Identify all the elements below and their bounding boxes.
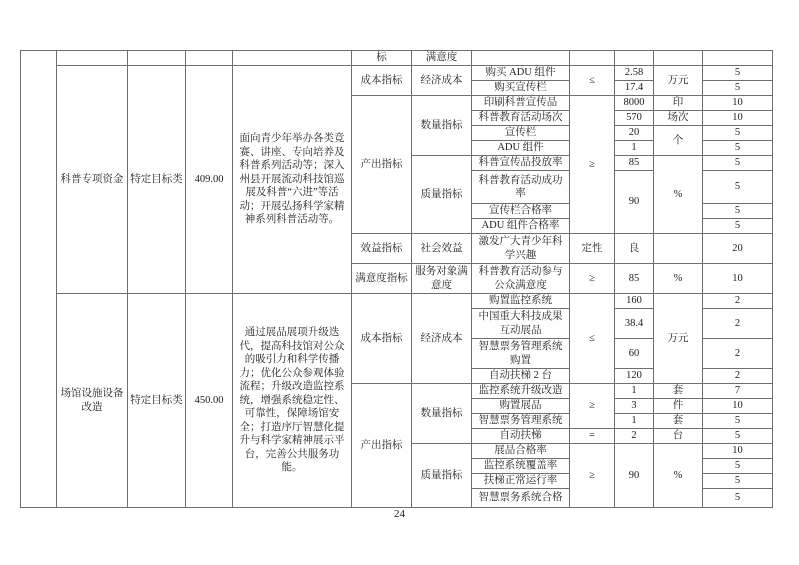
unit-cell: 万元 <box>654 66 703 96</box>
unit-cell: 印 <box>654 96 703 111</box>
header-empty-cell <box>615 51 654 66</box>
weight-cell: 5 <box>703 474 773 489</box>
weight-cell: 5 <box>703 81 773 96</box>
header-empty-cell <box>654 51 703 66</box>
header-fragment-cell: 满意度 <box>412 51 472 66</box>
target-value-cell: 85 <box>615 156 654 171</box>
level1-indicator-cell: 成本指标 <box>352 294 412 384</box>
unit-cell: 个 <box>654 126 703 156</box>
page-number: 24 <box>0 508 799 520</box>
indicator-name-cell: 智慧票务管理系统购置 <box>472 339 570 369</box>
comparator-cell: ≥ <box>570 264 615 294</box>
weight-cell: 5 <box>703 204 773 219</box>
weight-cell: 10 <box>703 96 773 111</box>
indicator-name-cell: 科普教育活动参与公众满意度 <box>472 264 570 294</box>
project-amount-cell: 409.00 <box>186 66 233 294</box>
header-empty-cell <box>472 51 570 66</box>
weight-cell: 5 <box>703 66 773 81</box>
comparator-cell: ≥ <box>570 384 615 429</box>
weight-cell: 5 <box>703 414 773 429</box>
level2-indicator-cell: 经济成本 <box>412 294 472 384</box>
weight-cell: 7 <box>703 384 773 399</box>
header-empty-cell <box>186 51 233 66</box>
level2-indicator-cell: 数量指标 <box>412 96 472 156</box>
target-value-cell: 17.4 <box>615 81 654 96</box>
header-empty-cell <box>233 51 352 66</box>
target-value-cell: 570 <box>615 111 654 126</box>
level2-indicator-cell: 数量指标 <box>412 384 472 444</box>
indicator-name-cell: 购置监控系统 <box>472 294 570 309</box>
weight-cell: 10 <box>703 111 773 126</box>
project-name-cell: 场馆设施设备改造 <box>57 294 128 508</box>
weight-cell: 5 <box>703 156 773 171</box>
weight-cell: 2 <box>703 369 773 384</box>
level1-indicator-cell: 产出指标 <box>352 96 412 234</box>
target-value-cell: 38.4 <box>615 309 654 339</box>
level1-indicator-cell: 产出指标 <box>352 384 412 508</box>
indicator-name-cell: 监控系统升级改造 <box>472 384 570 399</box>
target-value-cell: 2 <box>615 429 654 444</box>
target-value-cell: 160 <box>615 294 654 309</box>
indicator-name-cell: ADU 组件合格率 <box>472 219 570 234</box>
target-value-cell: 85 <box>615 264 654 294</box>
project-description-cell: 面向青少年举办各类竞赛、讲座、专向培养及科普系列活动等；深入州县开展流动科技馆巡… <box>233 66 352 294</box>
weight-cell: 10 <box>703 444 773 459</box>
level1-indicator-cell: 满意度指标 <box>352 264 412 294</box>
table-row: 科普专项资金 特定目标类 409.00 面向青少年举办各类竞赛、讲座、专向培养及… <box>21 66 773 81</box>
target-value-cell: 120 <box>615 369 654 384</box>
indicator-name-cell: 购买宣传栏 <box>472 81 570 96</box>
comparator-cell: ≤ <box>570 294 615 384</box>
indicator-name-cell: 展品合格率 <box>472 444 570 459</box>
unit-cell: % <box>654 264 703 294</box>
comparator-cell: 定性 <box>570 234 615 264</box>
header-empty-cell <box>57 51 128 66</box>
header-empty-cell <box>703 51 773 66</box>
target-value-cell: 90 <box>615 171 654 234</box>
project-name-cell: 科普专项资金 <box>57 66 128 294</box>
weight-cell: 5 <box>703 126 773 141</box>
level1-indicator-cell: 成本指标 <box>352 66 412 96</box>
indicator-name-cell: 科普教育活动场次 <box>472 111 570 126</box>
weight-cell: 2 <box>703 309 773 339</box>
target-value-cell: 90 <box>615 444 654 508</box>
indicator-name-cell: ADU 组件 <box>472 141 570 156</box>
target-value-cell: 1 <box>615 384 654 399</box>
indicator-name-cell: 自动扶梯 2 台 <box>472 369 570 384</box>
indicator-name-cell: 监控系统覆盖率 <box>472 459 570 474</box>
weight-cell: 5 <box>703 459 773 474</box>
level1-indicator-cell: 效益指标 <box>352 234 412 264</box>
indicator-name-cell: 智慧票务管理系统 <box>472 414 570 429</box>
header-empty-cell <box>128 51 186 66</box>
indicator-name-cell: 购置展品 <box>472 399 570 414</box>
comparator-cell: ≥ <box>570 96 615 234</box>
indicator-name-cell: 扶梯正常运行率 <box>472 474 570 489</box>
weight-cell: 5 <box>703 141 773 156</box>
header-fragment-cell: 标 <box>352 51 412 66</box>
target-value-cell: 8000 <box>615 96 654 111</box>
document-page: 标 满意度 科普专项资金 特定目标类 409.00 面向青少年举办各类竞赛、讲座… <box>0 0 799 565</box>
indicator-name-cell: 中国重大科技成果互动展品 <box>472 309 570 339</box>
project-category-cell: 特定目标类 <box>128 294 186 508</box>
level2-indicator-cell: 经济成本 <box>412 66 472 96</box>
level2-indicator-cell: 质量指标 <box>412 444 472 508</box>
level2-indicator-cell: 服务对象满意度 <box>412 264 472 294</box>
weight-cell: 2 <box>703 294 773 309</box>
comparator-cell: = <box>570 429 615 444</box>
weight-cell: 5 <box>703 489 773 508</box>
target-value-cell: 良 <box>615 234 654 264</box>
weight-cell: 10 <box>703 264 773 294</box>
target-value-cell: 20 <box>615 126 654 141</box>
indicator-name-cell: 印刷科普宣传品 <box>472 96 570 111</box>
unit-cell: 套 <box>654 414 703 429</box>
spacer-column-cell <box>21 51 57 508</box>
level2-indicator-cell: 社会效益 <box>412 234 472 264</box>
indicator-name-cell: 宣传栏合格率 <box>472 204 570 219</box>
unit-cell: 台 <box>654 429 703 444</box>
table-row: 标 满意度 <box>21 51 773 66</box>
target-value-cell: 1 <box>615 141 654 156</box>
project-amount-cell: 450.00 <box>186 294 233 508</box>
weight-cell: 2 <box>703 339 773 369</box>
comparator-cell: ≤ <box>570 66 615 96</box>
indicator-name-cell: 科普宣传品投放率 <box>472 156 570 171</box>
weight-cell: 5 <box>703 219 773 234</box>
weight-cell: 20 <box>703 234 773 264</box>
weight-cell: 10 <box>703 399 773 414</box>
table-row: 场馆设施设备改造 特定目标类 450.00 通过展品展项升级迭代，提高科技馆对公… <box>21 294 773 309</box>
indicator-name-cell: 智慧票务系统合格 <box>472 489 570 508</box>
indicator-name-cell: 科普教育活动成功率 <box>472 171 570 204</box>
target-value-cell: 1 <box>615 414 654 429</box>
comparator-cell: ≥ <box>570 444 615 508</box>
level2-indicator-cell: 质量指标 <box>412 156 472 234</box>
target-value-cell: 60 <box>615 339 654 369</box>
indicator-name-cell: 激发广大青少年科学兴趣 <box>472 234 570 264</box>
target-value-cell: 3 <box>615 399 654 414</box>
unit-cell: 套 <box>654 384 703 399</box>
unit-cell: % <box>654 156 703 234</box>
project-description-cell: 通过展品展项升级迭代，提高科技馆对公众的吸引力和科学传播力；优化公众参观体验流程… <box>233 294 352 508</box>
unit-cell: % <box>654 444 703 508</box>
unit-cell: 万元 <box>654 294 703 384</box>
indicator-name-cell: 自动扶梯 <box>472 429 570 444</box>
performance-indicator-table: 标 满意度 科普专项资金 特定目标类 409.00 面向青少年举办各类竞赛、讲座… <box>20 50 773 508</box>
indicator-name-cell: 购买 ADU 组件 <box>472 66 570 81</box>
indicator-name-cell: 宣传栏 <box>472 126 570 141</box>
weight-cell: 5 <box>703 429 773 444</box>
target-value-cell: 2.58 <box>615 66 654 81</box>
unit-cell <box>654 234 703 264</box>
header-empty-cell <box>570 51 615 66</box>
unit-cell: 件 <box>654 399 703 414</box>
project-category-cell: 特定目标类 <box>128 66 186 294</box>
unit-cell: 场次 <box>654 111 703 126</box>
weight-cell: 5 <box>703 171 773 204</box>
